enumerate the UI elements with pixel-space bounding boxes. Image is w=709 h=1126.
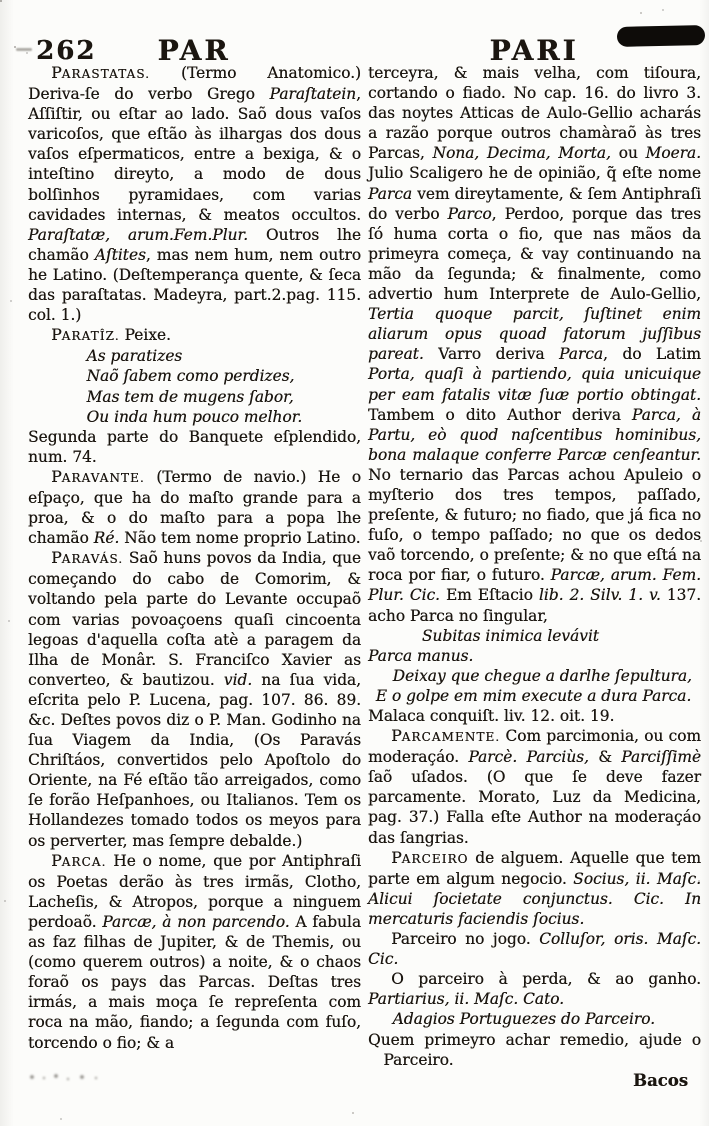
scan-smudge-bottom-left [26,1073,106,1082]
ink-blot-artifact [617,25,705,47]
entry-parceiro-jogo: Parceiro no jogo. Colluſor, oris. Maſc. … [368,929,701,969]
dictionary-page-scan: 262 PAR PARI PARASTATAS. (Termo Anatomic… [0,0,709,1126]
verse-line: Subitas inimica levávit [422,626,701,646]
verse-line: Parca manus. [368,646,701,666]
text-column-right: terceyra, & mais velha, com tiſoura, cor… [368,63,701,1070]
entry-parcamente: PARCAMENTE. Com parcimonia, ou com moder… [368,726,701,848]
text-column-left: PARASTATAS. (Termo Anatomico.) Deriva-ſe… [28,63,361,1053]
verse-line: Deixay que chegue a darlhe ſepultura, [393,666,701,686]
catchword: Bacos [633,1071,688,1090]
entry-parca-continuation: terceyra, & mais velha, com tiſoura, cor… [368,63,701,626]
entry-paravas: PARAVÁS. Saõ huns povos da India, que co… [28,548,361,850]
entry-paratiz: PARATÎZ. Peixe. [28,325,361,346]
verse-line: Mas tem de mugens ſabor, [87,387,361,407]
citation-malaca: Malaca conquiſt. liv. 12. oit. 19. [368,706,701,726]
entry-parastatas: PARASTATAS. (Termo Anatomico.) Deriva-ſe… [28,63,361,325]
adagios-heading: Adagios Portuguezes do Parceiro. [393,1009,701,1029]
entry-parca: PARCA. He o nome, que por Antiphraſi os … [28,851,361,1053]
scan-speckles [0,0,2,2]
verse-line: E o golpe em mim execute a dura Parca. [376,686,701,706]
entry-paravante: PARAVANTE. (Termo de navio.) He o eſpaço… [28,467,361,548]
entry-parceiro-perda: O parceiro à perda, & ao ganho. Partiari… [368,969,701,1009]
verse-line: As paratizes [87,346,361,366]
verse-line: Naõ ſabem como perdizes, [87,366,361,386]
adagio-line: Quem primeyro achar remedio, ajude o Par… [383,1030,701,1070]
verse-line: Ou inda hum pouco melhor. [87,407,361,427]
entry-parceiro: PARCEIRO de alguem. Aquelle que tem part… [368,848,701,929]
citation-banquete: Segunda parte do Banquete eſplendido, nu… [28,427,361,467]
